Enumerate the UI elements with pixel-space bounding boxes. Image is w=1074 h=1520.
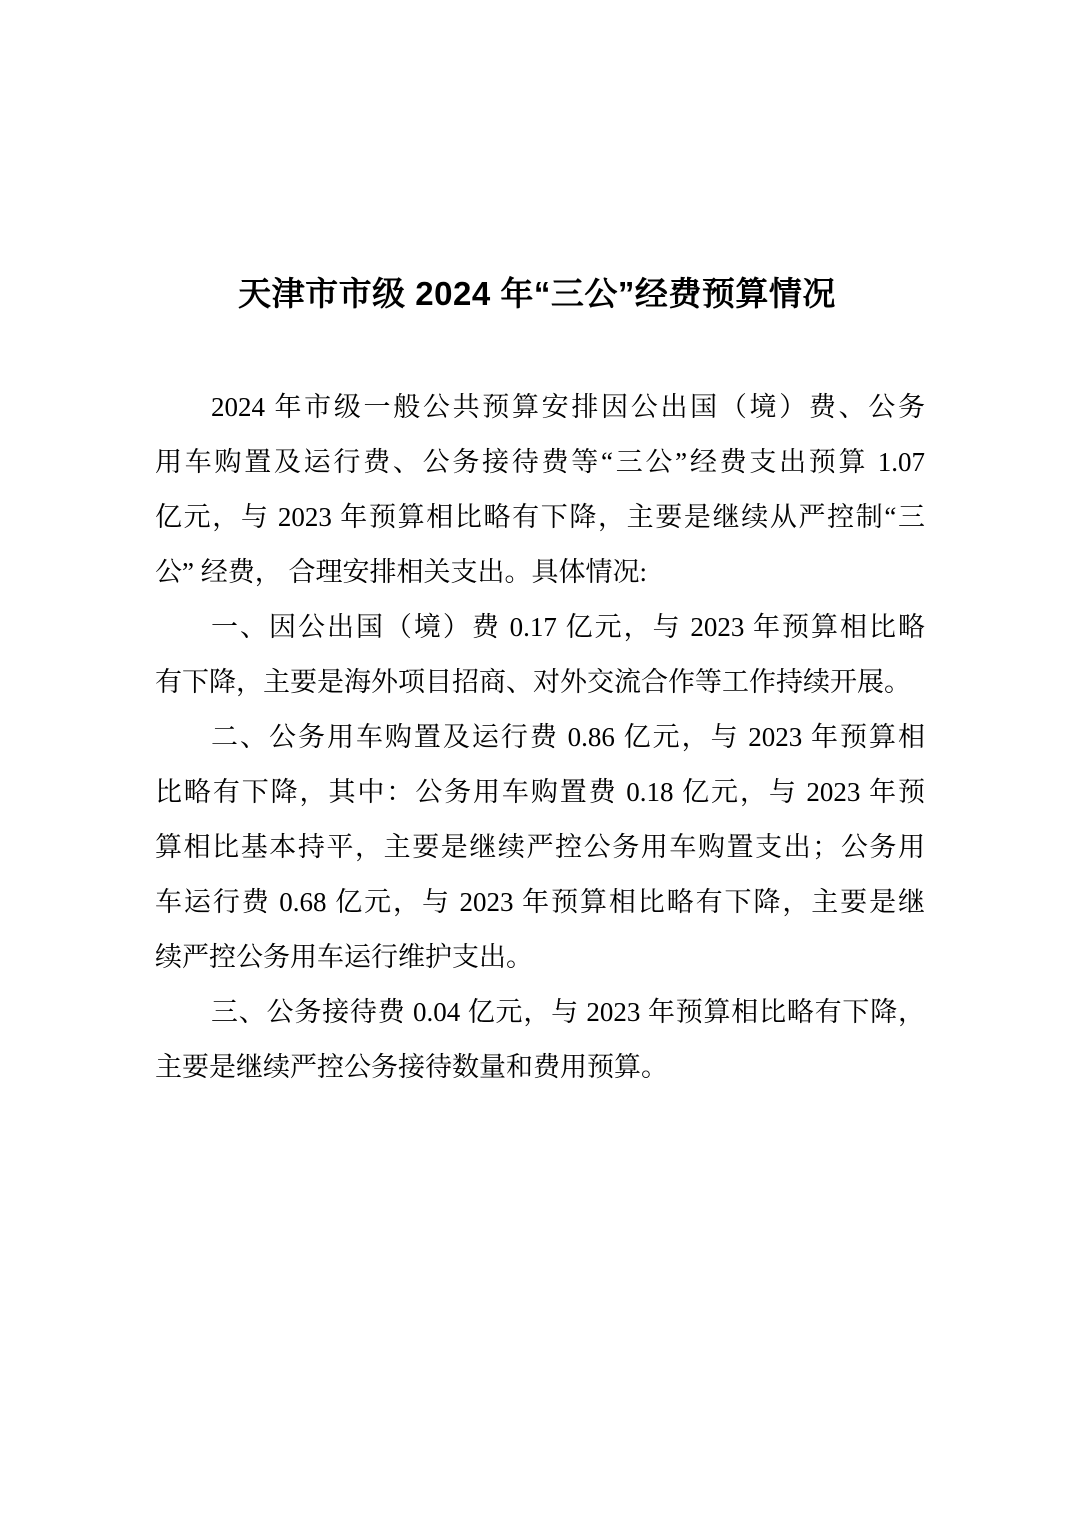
text-line: 亿元，与 2023 年预算相比略有下降，主要是继续从严控制“三: [155, 490, 925, 545]
document-body: 2024 年市级一般公共预算安排因公出国（境）费、公务用车购置及运行费、公务接待…: [155, 380, 925, 1095]
text-line: 一、因公出国（境）费 0.17 亿元，与 2023 年预算相比略: [155, 600, 925, 655]
document-title: 天津市市级 2024 年“三公”经费预算情况: [152, 266, 922, 321]
text-line: 车运行费 0.68 亿元，与 2023 年预算相比略有下降，主要是继: [155, 875, 925, 930]
text-line: 有下降，主要是海外项目招商、对外交流合作等工作持续开展。: [155, 655, 925, 710]
text-line: 公” 经费， 合理安排相关支出。具体情况:: [155, 545, 925, 600]
text-line: 算相比基本持平，主要是继续严控公务用车购置支出；公务用: [155, 820, 925, 875]
document-page: 天津市市级 2024 年“三公”经费预算情况 2024 年市级一般公共预算安排因…: [0, 0, 1074, 1520]
text-line: 续严控公务用车运行维护支出。: [155, 930, 925, 985]
text-line: 比略有下降，其中：公务用车购置费 0.18 亿元，与 2023 年预: [155, 765, 925, 820]
text-line: 三、公务接待费 0.04 亿元，与 2023 年预算相比略有下降，: [155, 985, 925, 1040]
text-line: 主要是继续严控公务接待数量和费用预算。: [155, 1040, 925, 1095]
text-line: 用车购置及运行费、公务接待费等“三公”经费支出预算 1.07: [155, 435, 925, 490]
text-line: 2024 年市级一般公共预算安排因公出国（境）费、公务: [155, 380, 925, 435]
text-line: 二、公务用车购置及运行费 0.86 亿元，与 2023 年预算相: [155, 710, 925, 765]
